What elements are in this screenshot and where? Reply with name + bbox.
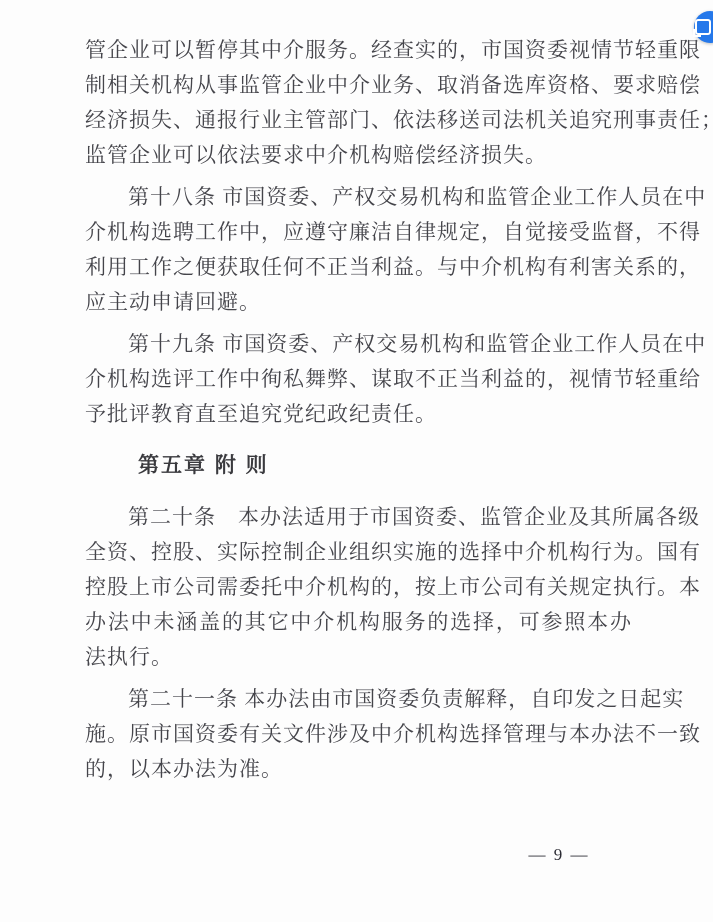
text-line: 经济损失、通报行业主管部门、依法移送司法机关追究刑事责任； [85,103,632,138]
translate-icon [695,19,711,35]
text-line: 控股上市公司需委托中介机构的，按上市公司有关规定执行。本 [85,570,632,605]
text-line: 管企业可以暂停其中介服务。经查实的，市国资委视情节轻重限 [85,33,632,68]
document-body: 管企业可以暂停其中介服务。经查实的，市国资委视情节轻重限 制相关机构从事监管企业… [85,33,632,794]
text-line: 办法中未涵盖的其它中介机构服务的选择，可参照本办法执行。 [85,605,632,675]
document-page: 管企业可以暂停其中介服务。经查实的，市国资委视情节轻重限 制相关机构从事监管企业… [0,0,713,922]
text-line: 制相关机构从事监管企业中介业务、取消备选库资格、要求赔偿 [85,68,632,103]
text-line: 施。原市国资委有关文件涉及中介机构选择管理与本办法不一致 [85,717,632,752]
text-line: 的，以本办法为准。 [85,752,632,787]
text-line: 介机构选聘工作中，应遵守廉洁自律规定，自觉接受监督，不得 [85,215,632,250]
paragraph-article-19: 第十九条 市国资委、产权交易机构和监管企业工作人员在中 介机构选评工作中徇私舞弊… [85,327,632,432]
paragraph-17-continuation: 管企业可以暂停其中介服务。经查实的，市国资委视情节轻重限 制相关机构从事监管企业… [85,33,632,173]
text-line: 应主动申请回避。 [85,285,632,320]
chapter-heading: 第五章 附 则 [85,448,632,483]
text-line: 第十九条 市国资委、产权交易机构和监管企业工作人员在中 [85,327,632,362]
text-line: 第二十条 本办法适用于市国资委、监管企业及其所属各级 [85,500,632,535]
text-line: 第二十一条 本办法由市国资委负责解释，自印发之日起实 [85,682,632,717]
paragraph-article-20: 第二十条 本办法适用于市国资委、监管企业及其所属各级 全资、控股、实际控制企业组… [85,500,632,675]
text-line: 全资、控股、实际控制企业组织实施的选择中介机构行为。国有 [85,535,632,570]
text-line: 监管企业可以依法要求中介机构赔偿经济损失。 [85,138,632,173]
paragraph-article-18: 第十八条 市国资委、产权交易机构和监管企业工作人员在中 介机构选聘工作中，应遵守… [85,180,632,320]
text-line: 介机构选评工作中徇私舞弊、谋取不正当利益的，视情节轻重给 [85,362,632,397]
text-line: 予批评教育直至追究党纪政纪责任。 [85,397,632,432]
text-line: 第十八条 市国资委、产权交易机构和监管企业工作人员在中 [85,180,632,215]
page-number: — 9 — [528,845,590,865]
paragraph-article-21: 第二十一条 本办法由市国资委负责解释，自印发之日起实 施。原市国资委有关文件涉及… [85,682,632,787]
text-line: 利用工作之便获取任何不正当利益。与中介机构有利害关系的， [85,250,632,285]
